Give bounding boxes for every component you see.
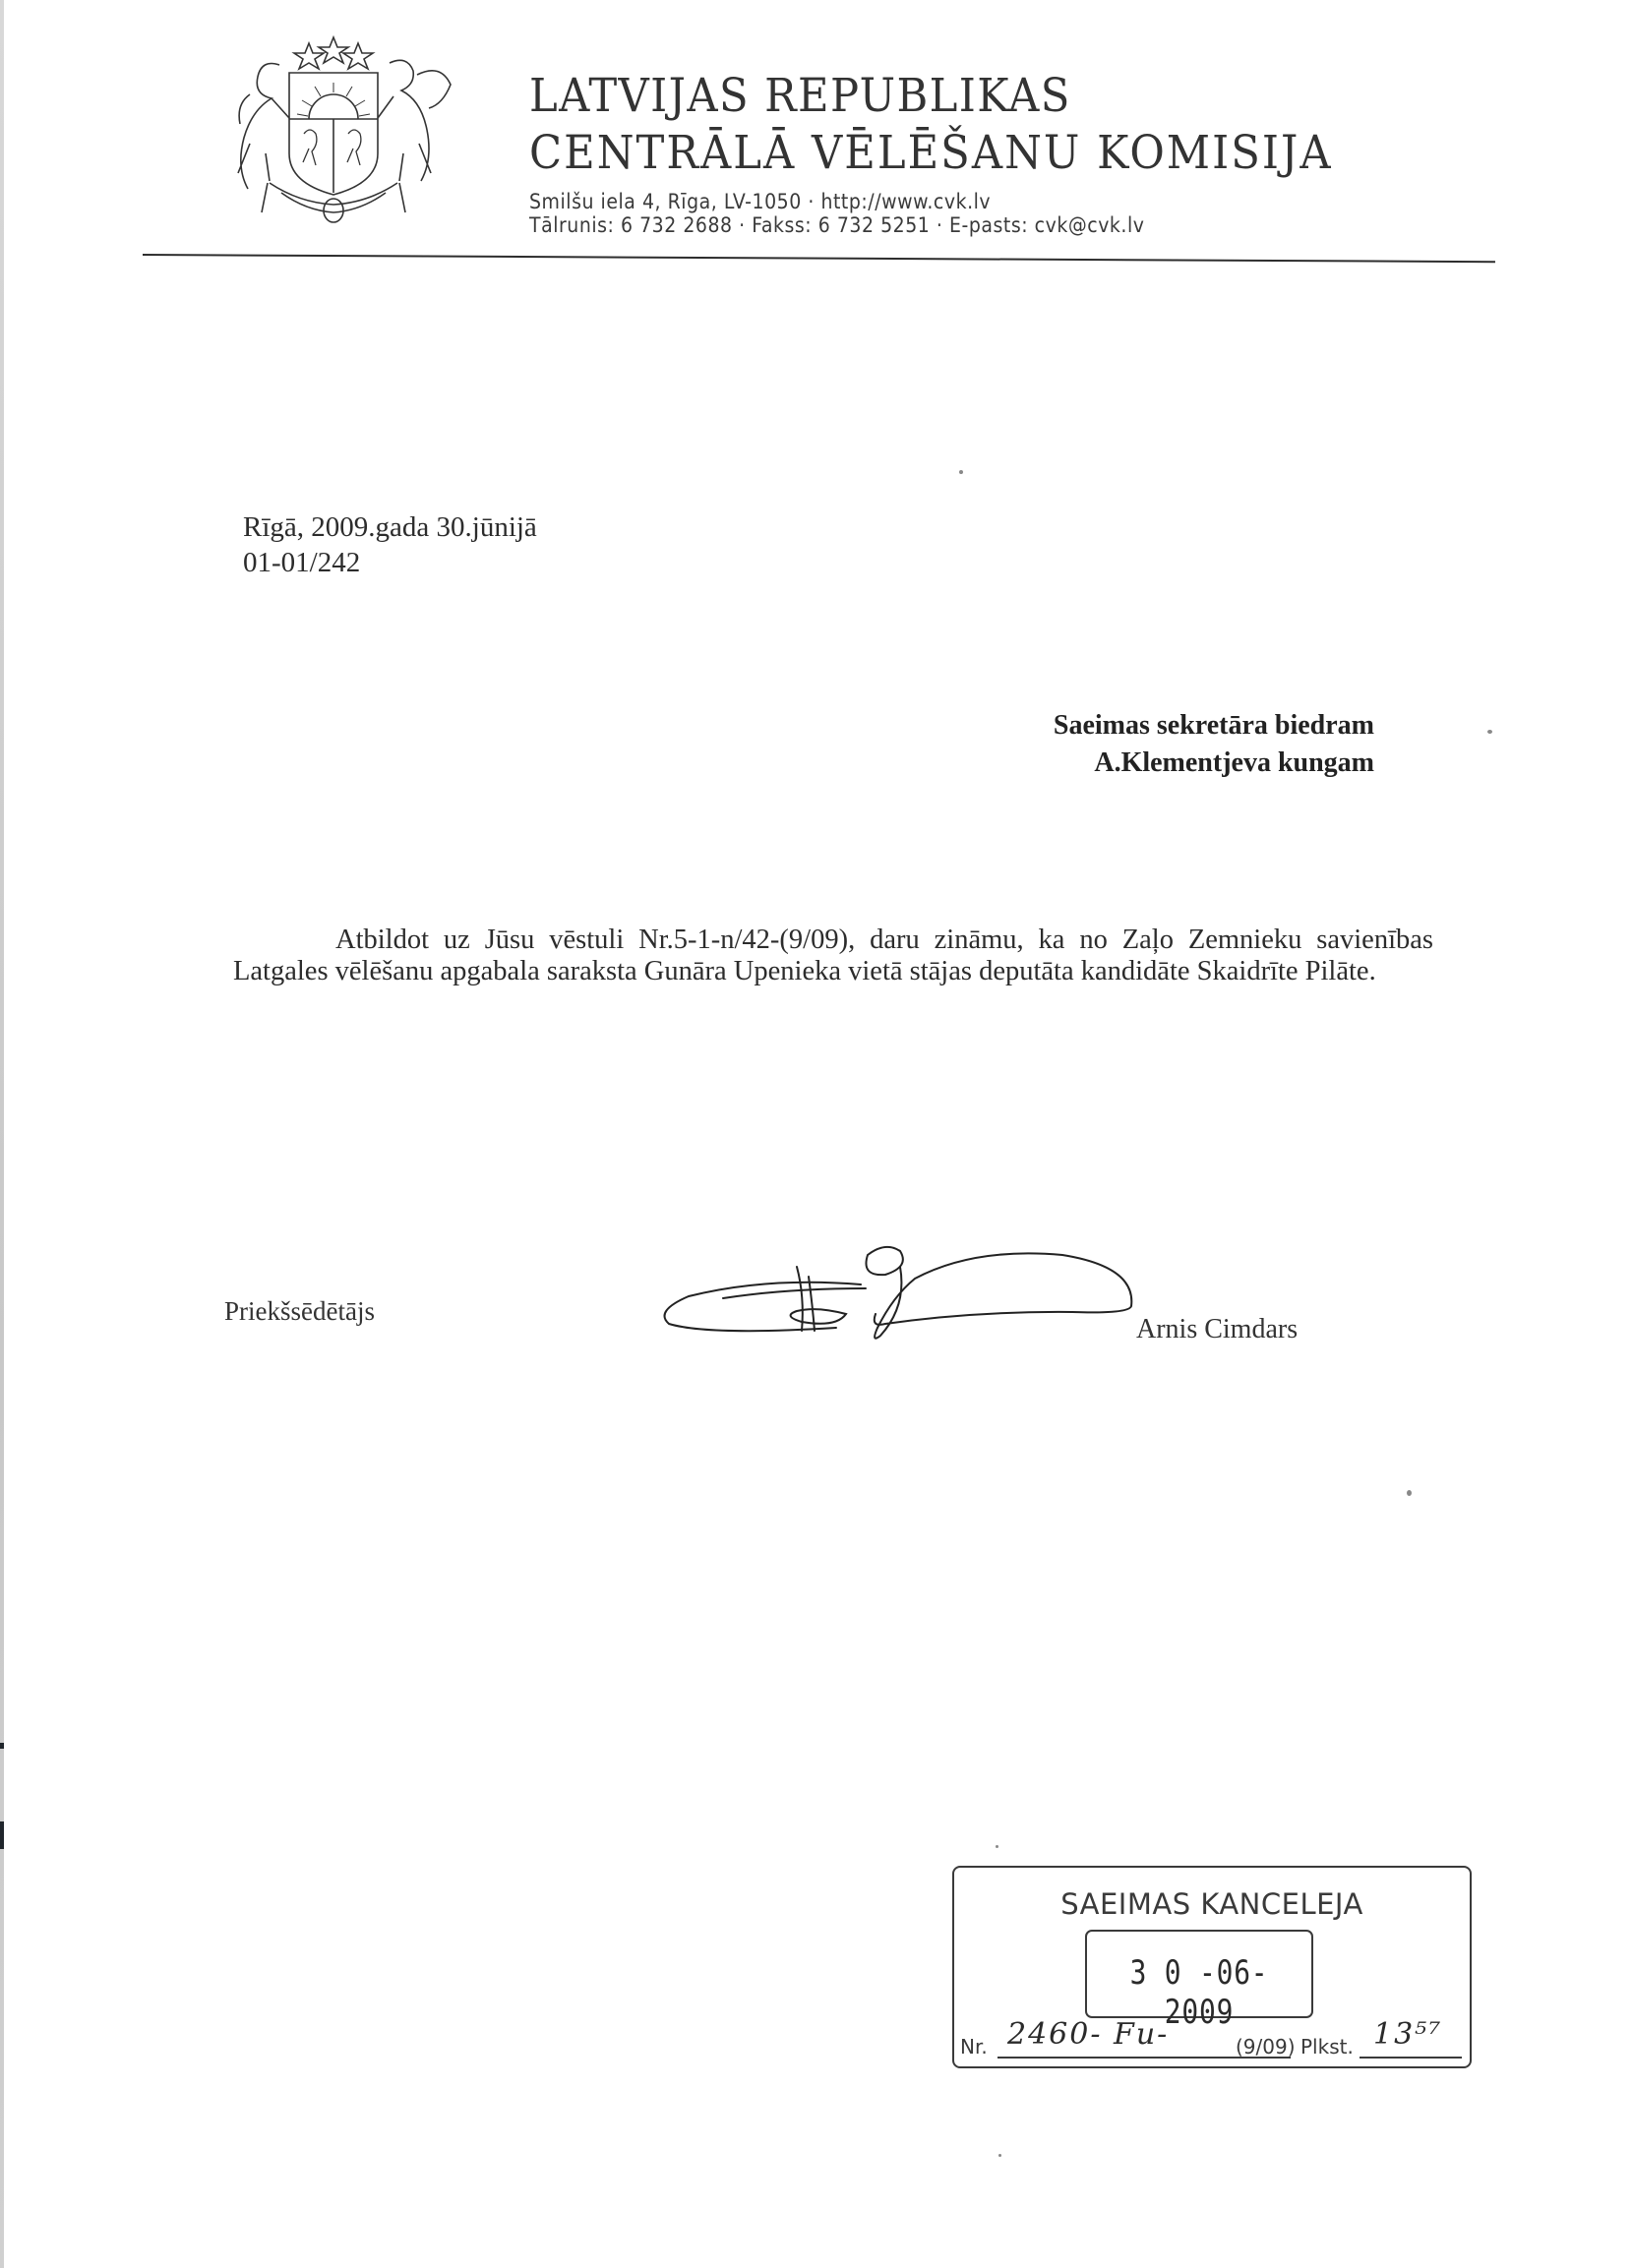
stamp-time-underline	[1360, 2057, 1462, 2059]
scan-speck	[998, 2154, 1001, 2157]
letterhead-address: Smilšu iela 4, Rīga, LV-1050 · http://ww…	[529, 190, 991, 213]
letterhead-title-line2: CENTRĀLĀ VĒLĒŠANU KOMISIJA	[529, 126, 1333, 180]
body-paragraph: Atbildot uz Jūsu vēstuli Nr.5-1-n/42-(9/…	[233, 925, 1433, 986]
document-reference: 01-01/242	[243, 547, 360, 579]
stamp-title: SAEIMAS KANCELEJA	[954, 1887, 1470, 1921]
scan-speck	[959, 470, 963, 474]
coat-of-arms-icon	[211, 35, 456, 227]
scan-mark	[0, 1821, 4, 1849]
stamp-time-handwritten: 13⁵⁷	[1373, 2017, 1442, 2052]
addressee-line1: Saeimas sekretāra biedram	[1054, 710, 1374, 742]
stamp-nr-suffix: (9/09)	[1236, 2035, 1296, 2059]
scan-speck	[996, 1845, 998, 1848]
letterhead-contacts: Tālrunis: 6 732 2688 · Fakss: 6 732 5251…	[529, 213, 1144, 237]
signatory-role: Priekšsēdētājs	[224, 1296, 375, 1327]
handwritten-signature	[649, 1237, 1141, 1345]
letterhead-divider	[143, 254, 1495, 263]
addressee-line2: A.Klementjeva kungam	[1094, 747, 1374, 779]
stamp-nr-handwritten: 2460- Fu-	[1007, 2017, 1169, 2052]
stamp-date-box: 3 0 -06- 2009	[1085, 1930, 1313, 2018]
scan-speck	[1407, 1490, 1412, 1496]
scan-speck	[1487, 730, 1492, 734]
scan-mark	[0, 1743, 4, 1749]
document-date: Rīgā, 2009.gada 30.jūnijā	[243, 511, 537, 544]
stamp-time-label: Plkst.	[1300, 2035, 1354, 2059]
registration-stamp: SAEIMAS KANCELEJA 3 0 -06- 2009 Nr. 2460…	[952, 1866, 1472, 2068]
signatory-name: Arnis Cimdars	[1136, 1314, 1298, 1345]
letterhead-title-line1: LATVIJAS REPUBLIKAS	[529, 69, 1071, 123]
stamp-number-row: Nr. 2460- Fu- (9/09) Plkst. 13⁵⁷	[960, 2015, 1464, 2059]
stamp-nr-label: Nr.	[960, 2035, 988, 2059]
scan-edge	[0, 0, 4, 2268]
